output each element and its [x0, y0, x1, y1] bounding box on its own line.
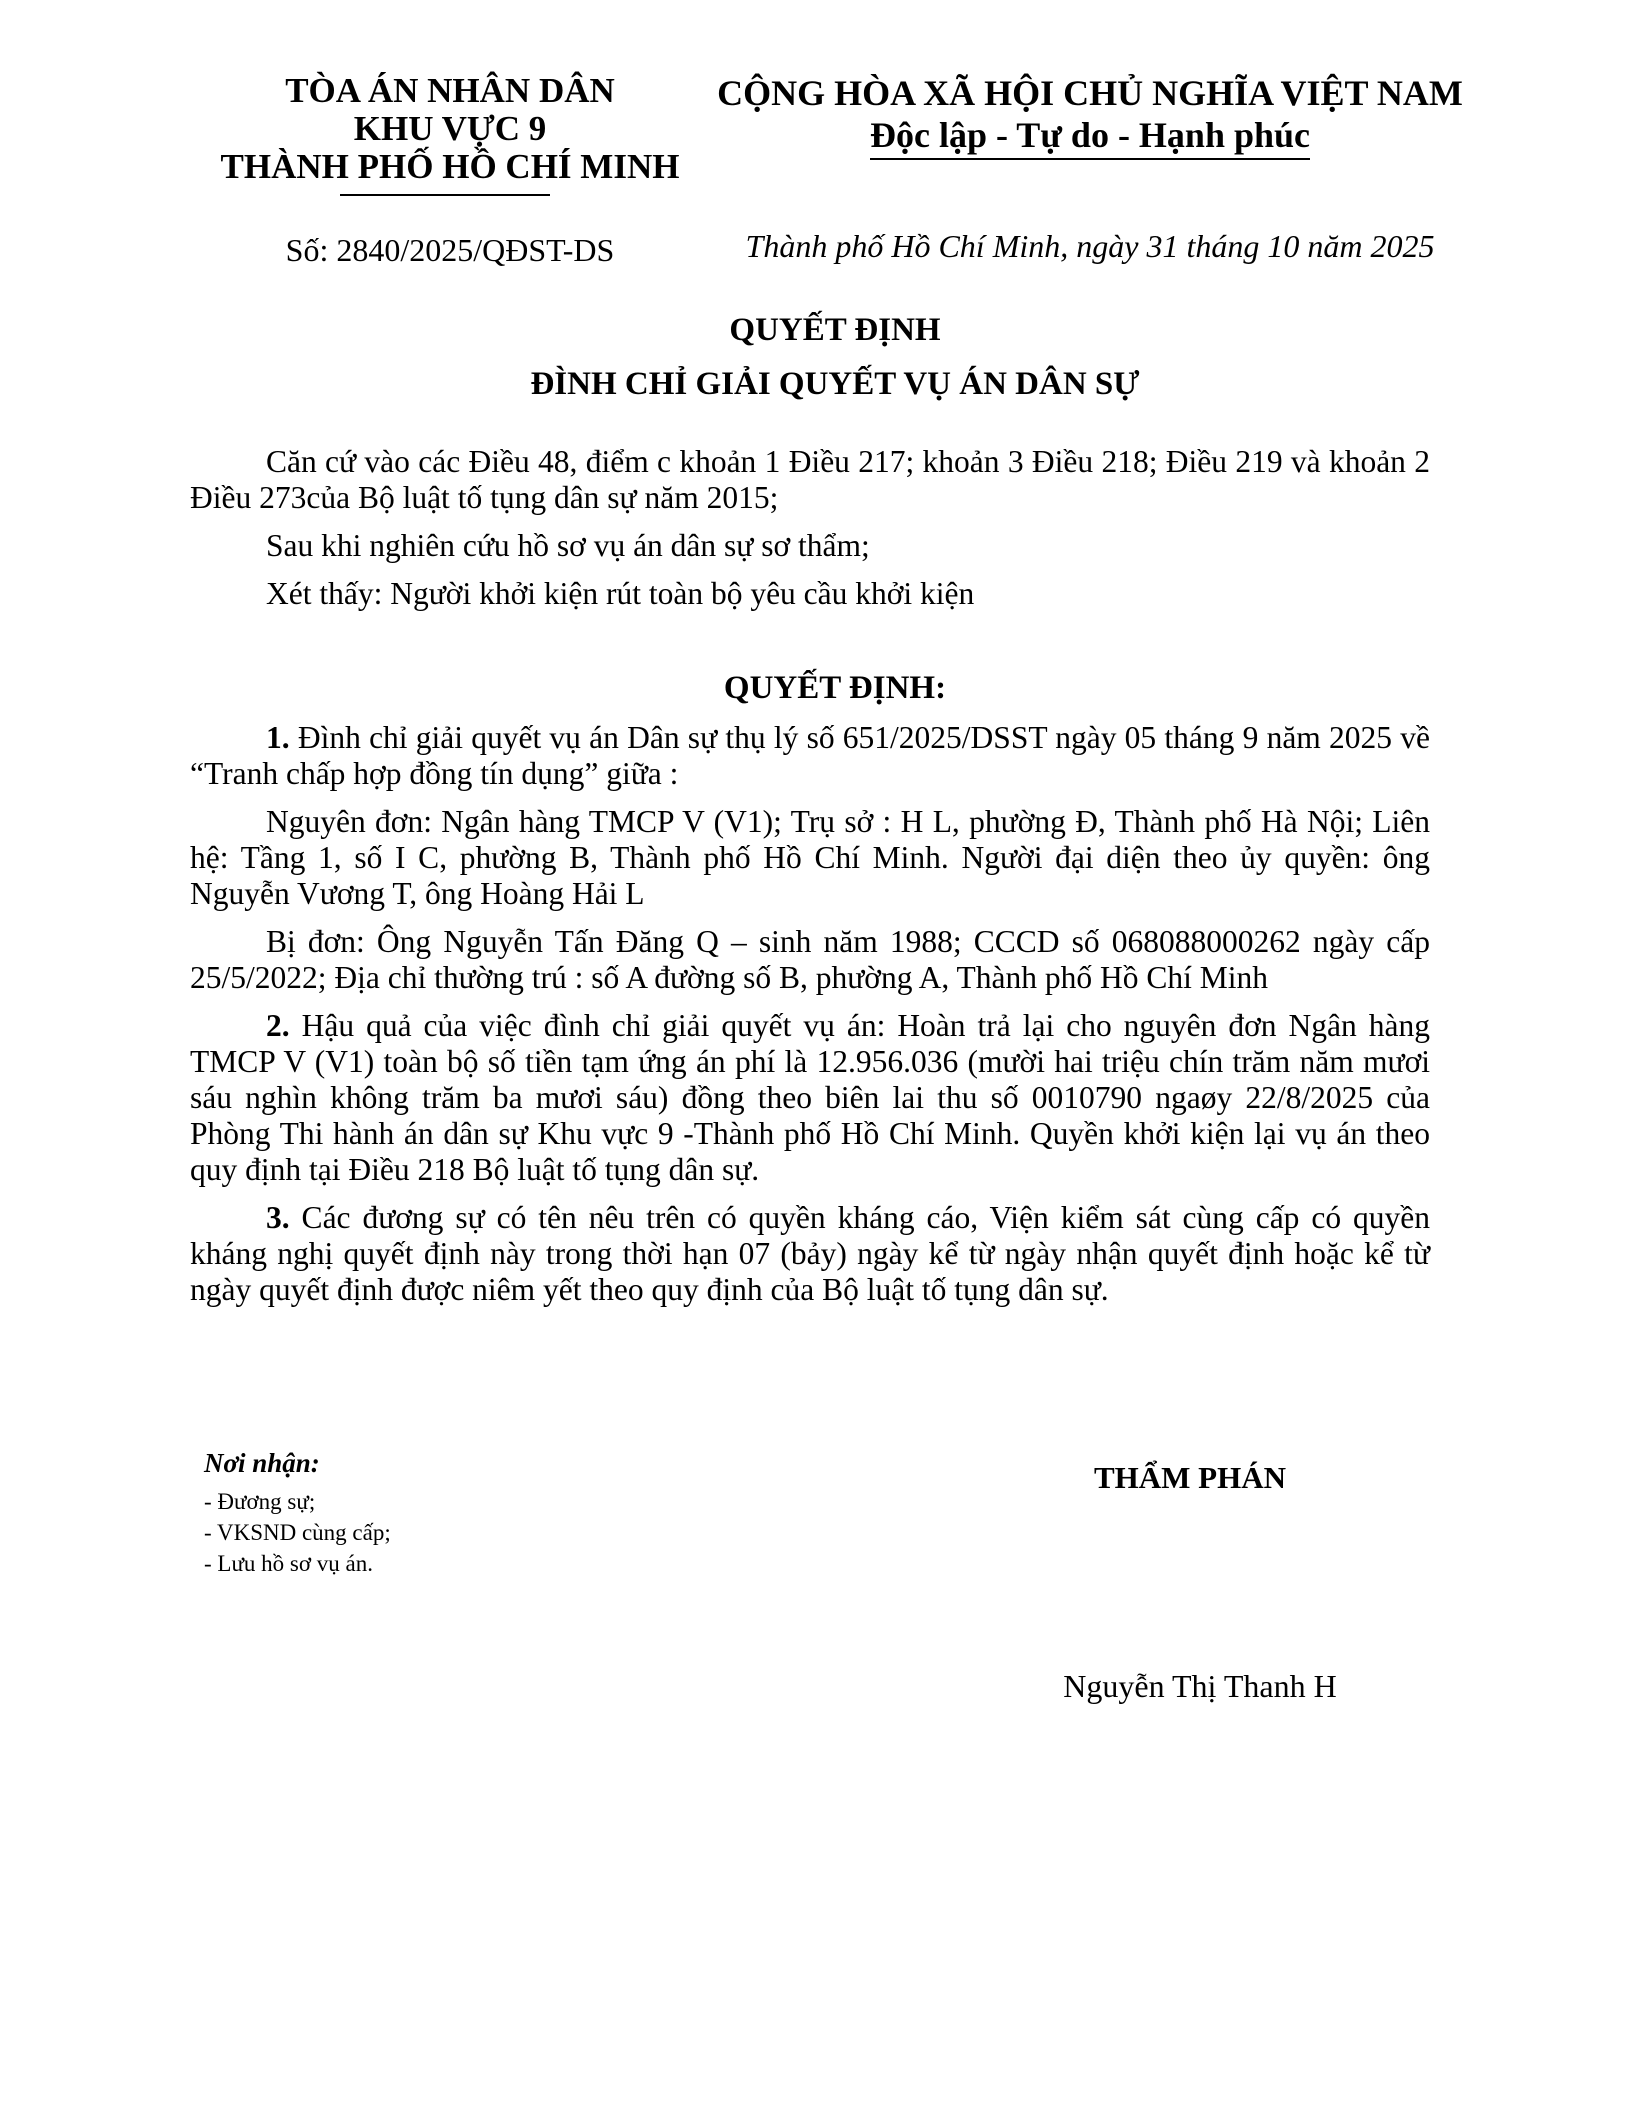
preamble-legal-basis: Căn cứ vào các Điều 48, điểm c khoản 1 Đ… — [190, 444, 1430, 516]
item-text: Các đương sự có tên nêu trên có quyền kh… — [190, 1200, 1430, 1307]
item-number: 1. — [266, 720, 290, 755]
item-text: Nguyên đơn: Ngân hàng TMCP V (V1); Trụ s… — [190, 804, 1430, 911]
plaintiff-info: Nguyên đơn: Ngân hàng TMCP V (V1); Trụ s… — [190, 804, 1430, 912]
court-line: TÒA ÁN NHÂN DÂN — [190, 72, 710, 110]
decision-item-2: 2. Hậu quả của việc đình chỉ giải quyết … — [190, 1008, 1430, 1188]
decision-item-1: 1. Đình chỉ giải quyết vụ án Dân sự thụ … — [190, 720, 1430, 792]
court-line: KHU VỰC 9 — [190, 110, 710, 148]
place-date: Thành phố Hồ Chí Minh, ngày 31 tháng 10 … — [700, 228, 1480, 265]
recipient-item: - VKSND cùng cấp; — [204, 1517, 391, 1548]
decision-items: 1. Đình chỉ giải quyết vụ án Dân sự thụ … — [190, 720, 1430, 1308]
item-text: Bị đơn: Ông Nguyễn Tấn Đăng Q – sinh năm… — [190, 924, 1430, 995]
preamble-review: Sau khi nghiên cứu hồ sơ vụ án dân sự sơ… — [190, 528, 1430, 564]
national-motto: Độc lập - Tự do - Hạnh phúc — [870, 114, 1310, 160]
nation-name: CỘNG HÒA XÃ HỘI CHỦ NGHĨA VIỆT NAM — [700, 72, 1480, 114]
item-number: 2. — [266, 1008, 290, 1043]
recipient-item: - Lưu hồ sơ vụ án. — [204, 1548, 391, 1579]
preamble-finding: Xét thấy: Người khởi kiện rút toàn bộ yê… — [190, 576, 1430, 612]
recipients-title: Nơi nhận: — [204, 1448, 320, 1479]
recipient-item: - Đương sự; — [204, 1486, 391, 1517]
document-title: QUYẾT ĐỊNH — [190, 312, 1480, 349]
signer-name: Nguyễn Thị Thanh H — [1000, 1668, 1400, 1705]
document-number: Số: 2840/2025/QĐST-DS — [190, 232, 710, 269]
decision-heading: QUYẾT ĐỊNH: — [190, 670, 1480, 707]
court-line: THÀNH PHỐ HỒ CHÍ MINH — [190, 148, 710, 186]
decision-item-3: 3. Các đương sự có tên nêu trên có quyền… — [190, 1200, 1430, 1308]
recipients-list: - Đương sự; - VKSND cùng cấp; - Lưu hồ s… — [204, 1486, 391, 1579]
court-name: TÒA ÁN NHÂN DÂN KHU VỰC 9 THÀNH PHỐ HỒ C… — [190, 72, 710, 186]
national-header: CỘNG HÒA XÃ HỘI CHỦ NGHĨA VIỆT NAM Độc l… — [700, 72, 1480, 160]
item-number: 3. — [266, 1200, 290, 1235]
document-subtitle: ĐÌNH CHỈ GIẢI QUYẾT VỤ ÁN DÂN SỰ — [190, 366, 1480, 403]
item-text: Hậu quả của việc đình chỉ giải quyết vụ … — [190, 1008, 1430, 1187]
defendant-info: Bị đơn: Ông Nguyễn Tấn Đăng Q – sinh năm… — [190, 924, 1430, 996]
signer-title: THẨM PHÁN — [1040, 1460, 1340, 1496]
preamble: Căn cứ vào các Điều 48, điểm c khoản 1 Đ… — [190, 444, 1430, 612]
item-text: Đình chỉ giải quyết vụ án Dân sự thụ lý … — [190, 720, 1430, 791]
court-divider — [340, 194, 550, 196]
